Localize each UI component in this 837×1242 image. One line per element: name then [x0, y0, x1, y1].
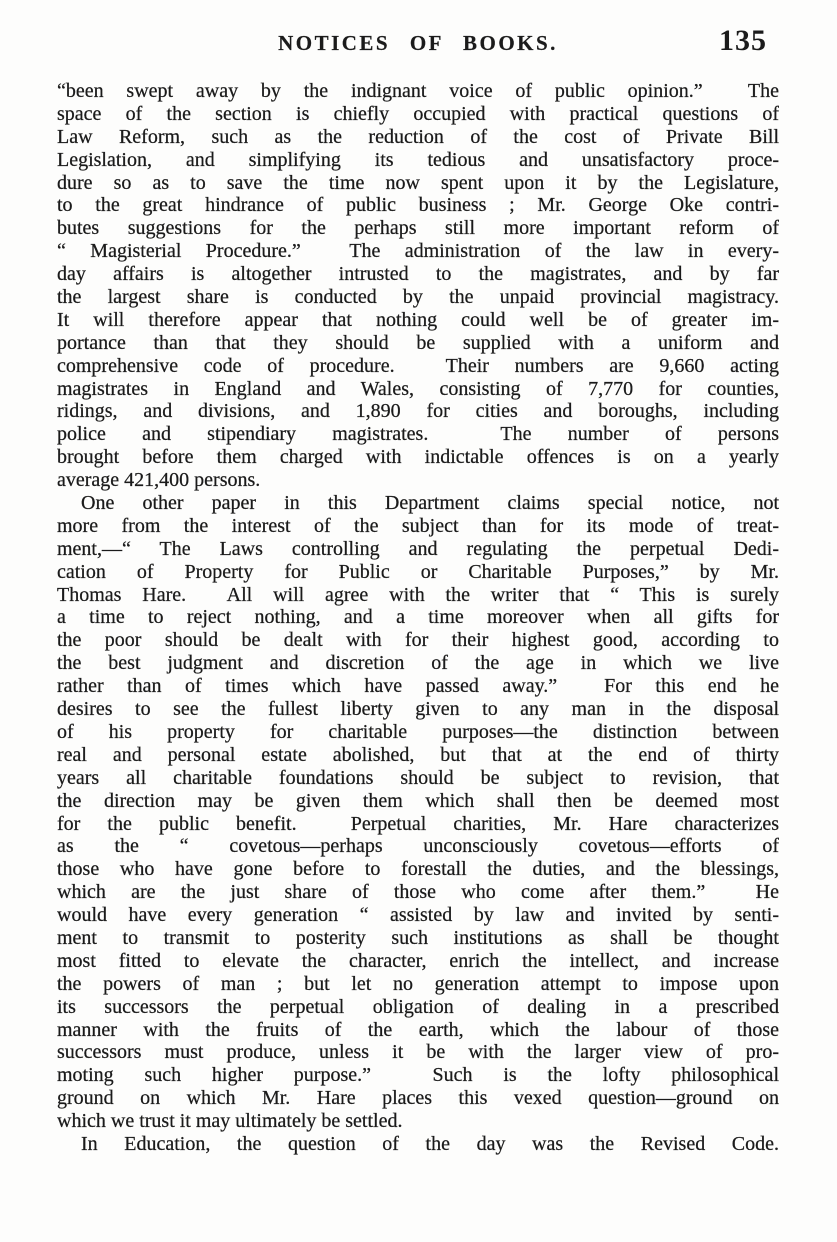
text-line: would have every generation “ assisted b…	[57, 904, 779, 927]
text-line: “been swept away by the indignant voice …	[57, 80, 779, 103]
text-line: comprehensive code of procedure. Their n…	[57, 355, 779, 378]
text-line: ment to transmit to posterity such insti…	[57, 927, 779, 950]
text-line: average 421,400 persons.	[57, 469, 779, 492]
text-line: those who have gone before to forestall …	[57, 858, 779, 881]
text-line: desires to see the fullest liberty given…	[57, 698, 779, 721]
text-line: ridings, and divisions, and 1,890 for ci…	[57, 400, 779, 423]
text-line: the direction may be given them which sh…	[57, 790, 779, 813]
text-line: “ Magisterial Procedure.” The administra…	[57, 240, 779, 263]
text-line: moting such higher purpose.” Such is the…	[57, 1064, 779, 1087]
text-line: of his property for charitable purposes—…	[57, 721, 779, 744]
paragraph: One other paper in this Department claim…	[57, 492, 779, 1133]
text-line: cation of Property for Public or Charita…	[57, 561, 779, 584]
text-line: its successors the perpetual obligation …	[57, 996, 779, 1019]
running-head: NOTICES OF BOOKS. 135	[57, 28, 779, 62]
text-line: police and stipendiary magistrates. The …	[57, 423, 779, 446]
text-line: dure so as to save the time now spent up…	[57, 172, 779, 195]
text-line: the best judgment and discretion of the …	[57, 652, 779, 675]
text-line: In Education, the question of the day wa…	[57, 1133, 779, 1156]
paragraph: In Education, the question of the day wa…	[57, 1133, 779, 1156]
page-body: “been swept away by the indignant voice …	[57, 80, 779, 1156]
text-line: space of the section is chiefly occupied…	[57, 103, 779, 126]
text-line: as the “ covetous—perhaps unconsciously …	[57, 835, 779, 858]
text-line: manner with the fruits of the earth, whi…	[57, 1019, 779, 1042]
page-number: 135	[719, 24, 767, 58]
text-line: magistrates in England and Wales, consis…	[57, 378, 779, 401]
text-line: years all charitable foundations should …	[57, 767, 779, 790]
text-line: Law Reform, such as the reduction of the…	[57, 126, 779, 149]
paragraph: “been swept away by the indignant voice …	[57, 80, 779, 492]
text-line: Legislation, and simplifying its tedious…	[57, 149, 779, 172]
text-line: to the great hindrance of public busines…	[57, 194, 779, 217]
text-line: rather than of times which have passed a…	[57, 675, 779, 698]
text-line: real and personal estate abolished, but …	[57, 744, 779, 767]
text-line: more from the interest of the subject th…	[57, 515, 779, 538]
text-line: ground on which Mr. Hare places this vex…	[57, 1087, 779, 1110]
page-header-title: NOTICES OF BOOKS.	[57, 28, 779, 58]
text-line: It will therefore appear that nothing co…	[57, 309, 779, 332]
text-line: which we trust it may ultimately be sett…	[57, 1110, 779, 1133]
text-line: the poor should be dealt with for their …	[57, 629, 779, 652]
text-line: the powers of man ; but let no generatio…	[57, 973, 779, 996]
text-line: which are the just share of those who co…	[57, 881, 779, 904]
text-line: Thomas Hare. All will agree with the wri…	[57, 584, 779, 607]
text-line: for the public benefit. Perpetual charit…	[57, 813, 779, 836]
text-line: One other paper in this Department claim…	[57, 492, 779, 515]
text-line: butes suggestions for the perhaps still …	[57, 217, 779, 240]
text-line: successors must produce, unless it be wi…	[57, 1041, 779, 1064]
text-line: brought before them charged with indicta…	[57, 446, 779, 469]
scanned-book-page: NOTICES OF BOOKS. 135 “been swept away b…	[0, 0, 837, 1242]
text-line: ment,—“ The Laws controlling and regulat…	[57, 538, 779, 561]
text-line: most fitted to elevate the character, en…	[57, 950, 779, 973]
text-line: portance than that they should be suppli…	[57, 332, 779, 355]
text-line: the largest share is conducted by the un…	[57, 286, 779, 309]
text-line: day affairs is altogether intrusted to t…	[57, 263, 779, 286]
text-line: a time to reject nothing, and a time mor…	[57, 606, 779, 629]
